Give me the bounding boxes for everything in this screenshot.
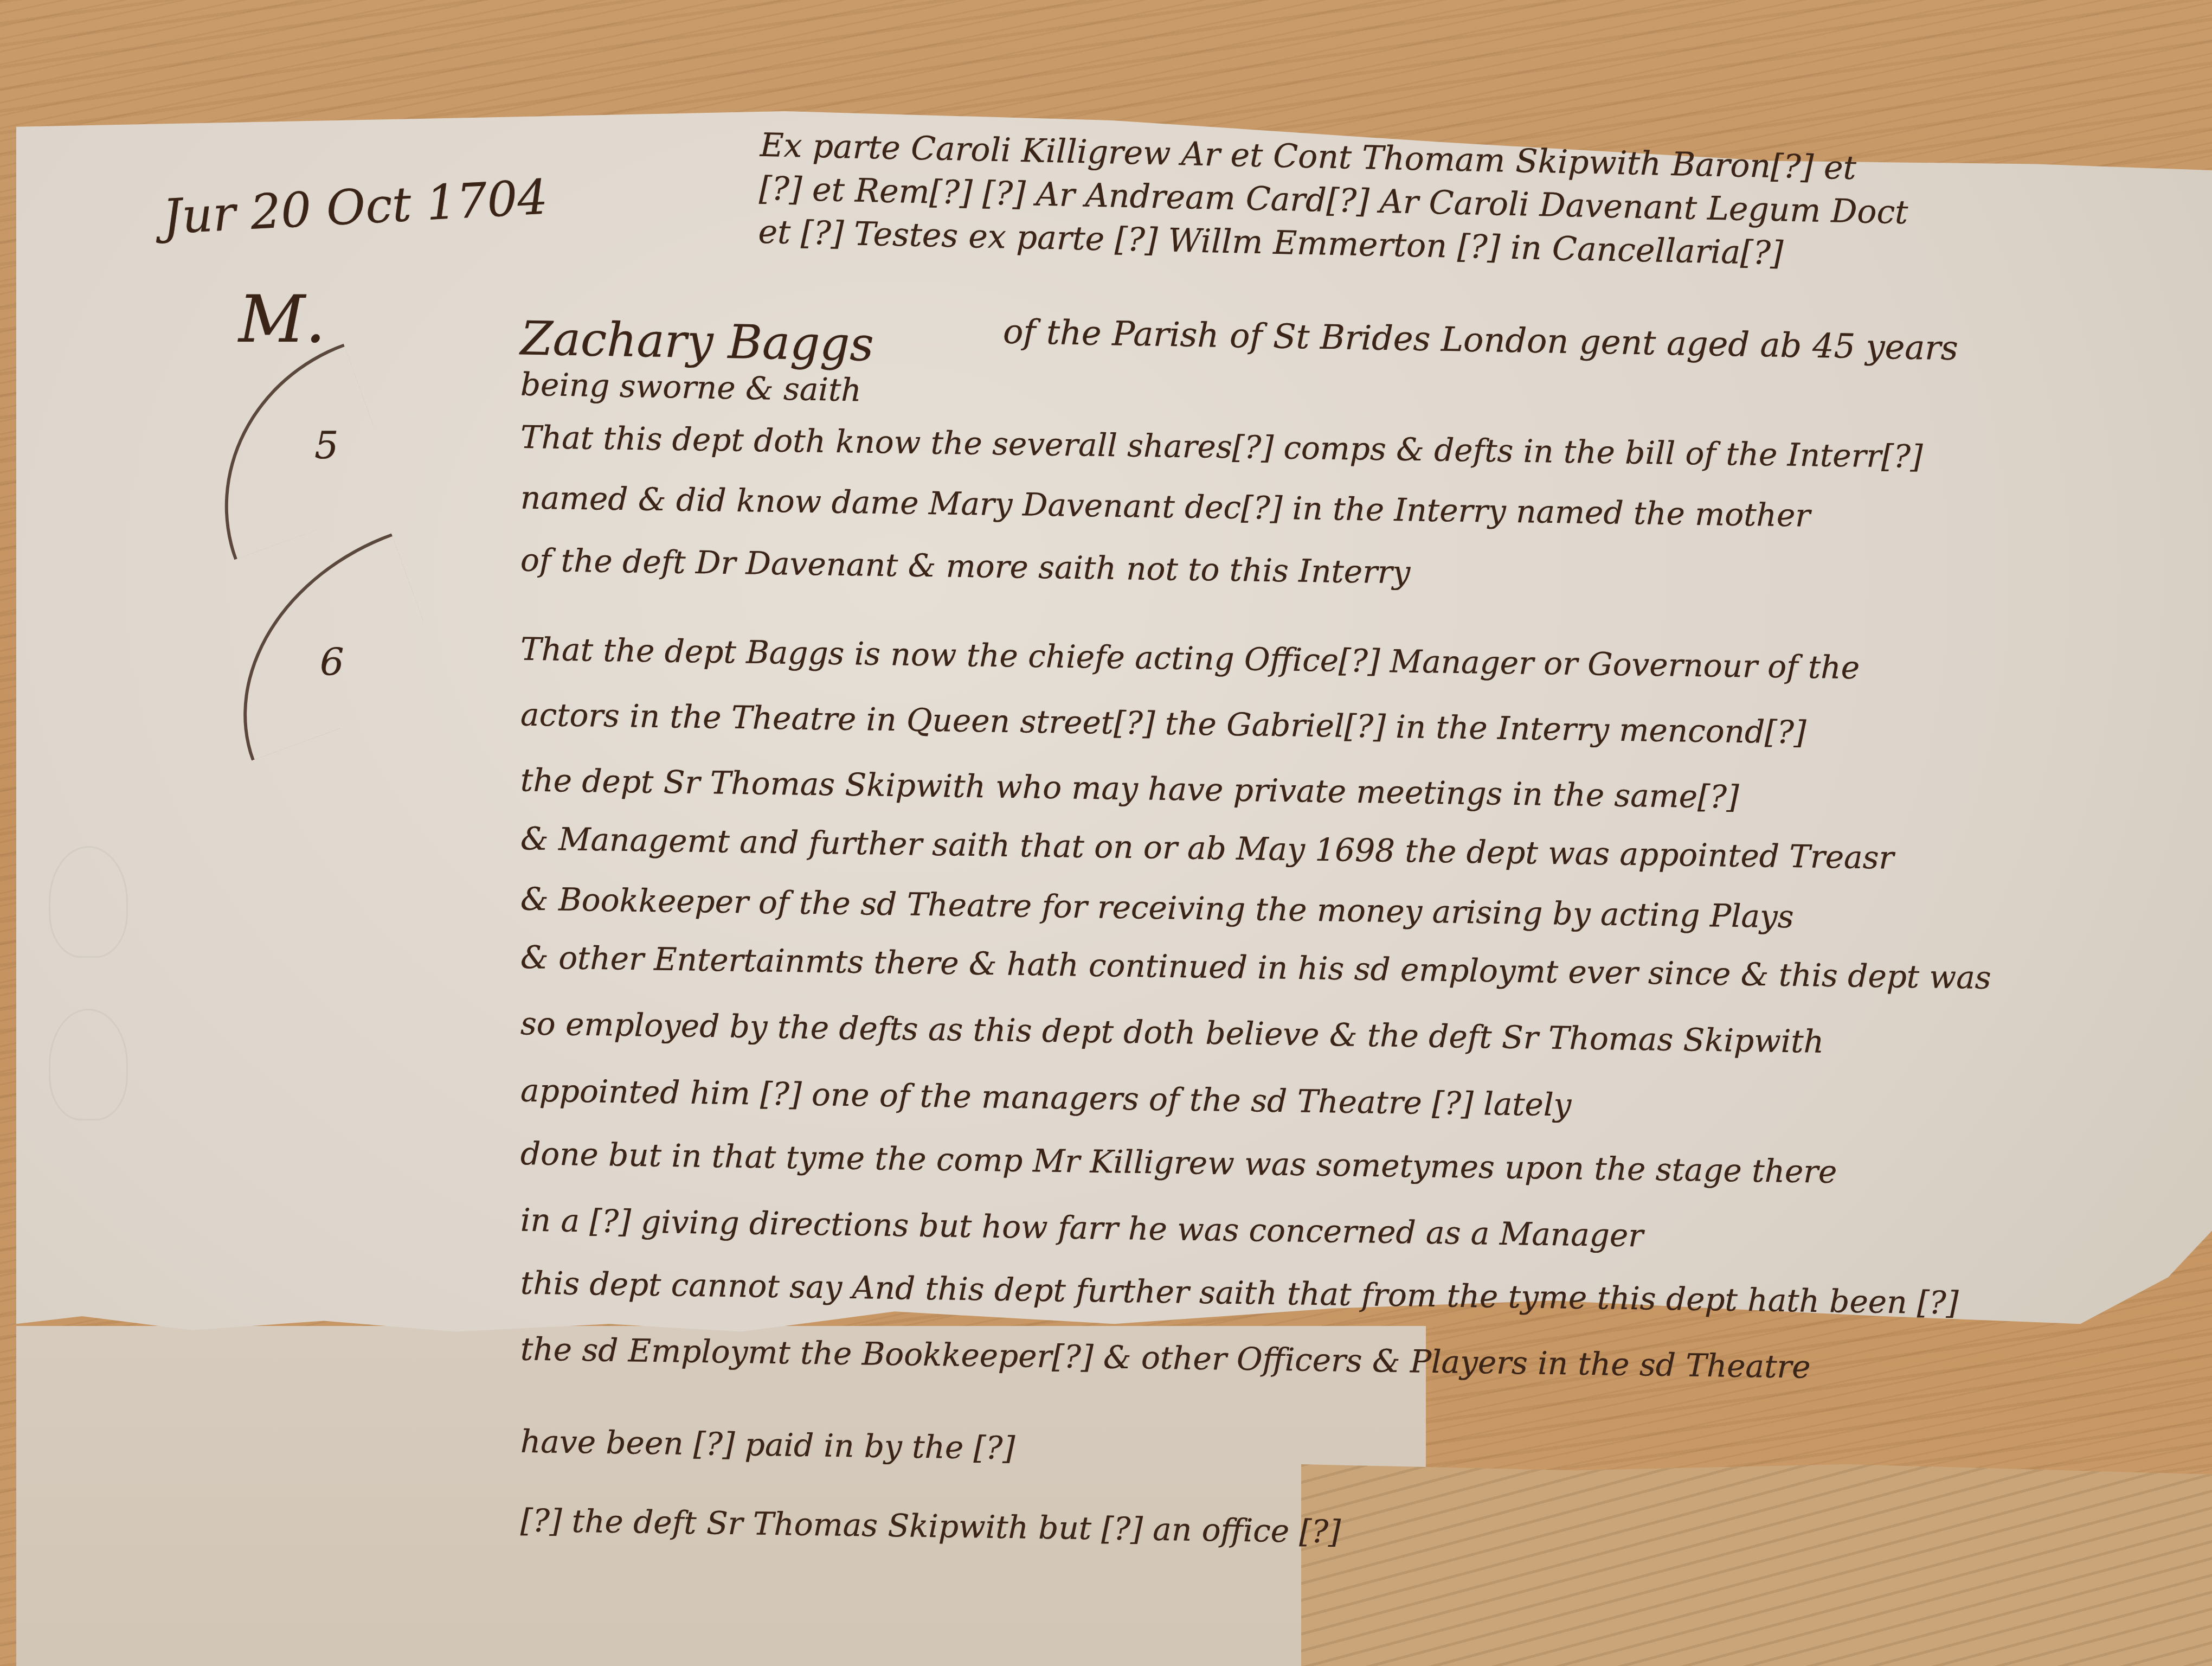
interrogatory-number-6: 6	[320, 640, 344, 684]
answer-6-line: have been [?] paid in by the [?]	[520, 1423, 1015, 1467]
caption-block: Ex parte Caroli Killigrew Ar et Cont Tho…	[758, 124, 1909, 278]
interrogatory-number-5: 5	[314, 423, 339, 467]
deponent-name: Zachary Baggs	[520, 311, 874, 371]
deponent-oath: being sworne & saith	[520, 366, 861, 409]
watermark-upper	[49, 846, 128, 958]
torn-edge-strip	[1301, 1464, 2212, 1666]
margin-initial: M.	[239, 282, 326, 357]
watermark-lower	[49, 1009, 128, 1120]
